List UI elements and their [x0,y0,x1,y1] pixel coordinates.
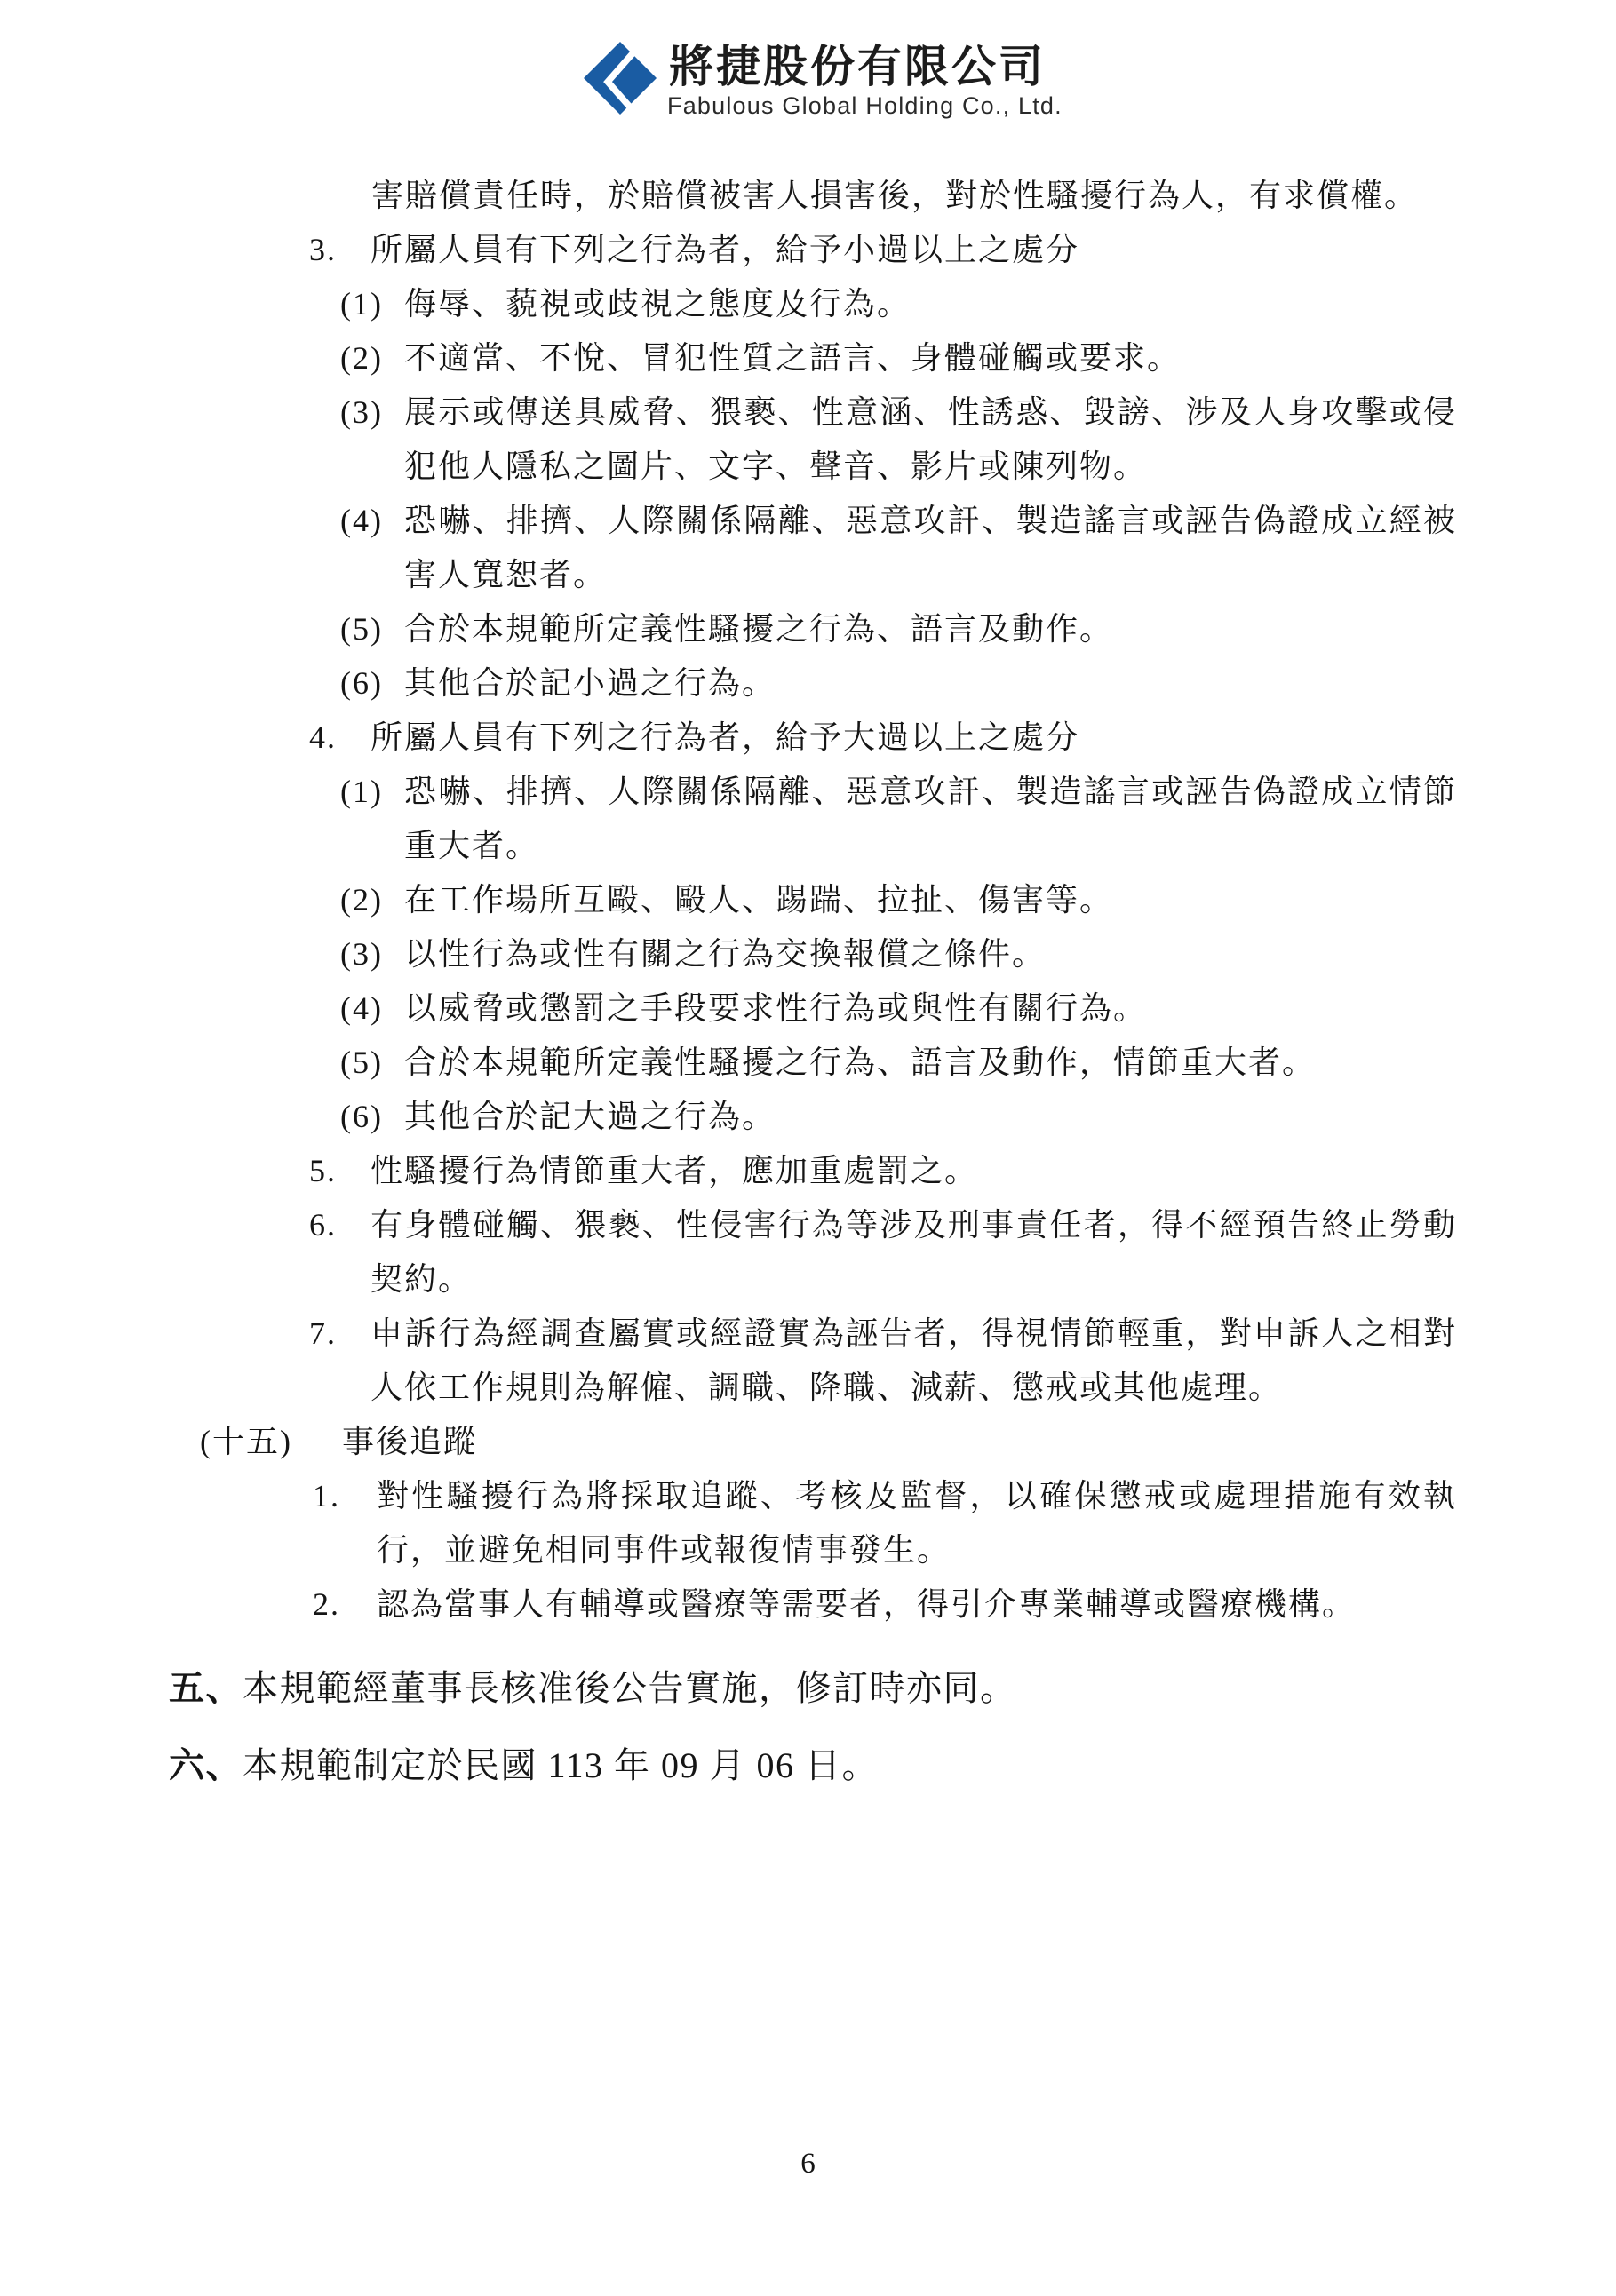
list-text: 性騷擾行為情節重大者，應加重處罰之。 [370,1144,1457,1198]
continuation-line: 害賠償責任時，於賠償被害人損害後，對於性騷擾行為人，有求償權。 [0,169,1457,223]
sub-text: 合於本規範所定義性騷擾之行為、語言及動作。 [404,602,1457,656]
sub-text: 合於本規範所定義性騷擾之行為、語言及動作，情節重大者。 [404,1036,1457,1090]
list-marker: 6. [309,1198,370,1307]
list-item-3: 3. 所屬人員有下列之行為者，給予小過以上之處分 [0,223,1457,277]
sub-text: 在工作場所互毆、毆人、踢踹、拉扯、傷害等。 [404,873,1457,927]
sub-text: 以性行為或性有關之行為交換報償之條件。 [404,927,1457,981]
section-marker: (十五) [200,1415,342,1469]
company-name-zh: 將捷股份有限公司 [669,36,1046,98]
sub-marker: (2) [340,331,404,385]
list-item-1: 1. 對性騷擾行為將採取追蹤、考核及監督，以確保懲戒或處理措施有效執行，並避免相… [0,1469,1457,1577]
list-text: 認為當事人有輔導或醫療等需要者，得引介專業輔導或醫療機構。 [377,1577,1457,1632]
list-item-5: 5. 性騷擾行為情節重大者，應加重處罰之。 [0,1144,1457,1198]
sub-text: 以威脅或懲罰之手段要求性行為或與性有關行為。 [404,981,1457,1036]
diamond-chevron-logo-icon [584,42,657,115]
sub-text: 展示或傳送具威脅、猥褻、性意涵、性誘惑、毀謗、涉及人身攻擊或侵犯他人隱私之圖片、… [404,385,1457,494]
sub-text: 侮辱、藐視或歧視之態度及行為。 [404,277,1457,331]
sub-marker: (2) [340,873,404,927]
sub-list-item: (1) 侮辱、藐視或歧視之態度及行為。 [0,277,1457,331]
list-marker: 2. [313,1577,377,1632]
sub-list-item: (1) 恐嚇、排擠、人際關係隔離、惡意攻訐、製造謠言或誣告偽證成立情節重大者。 [0,765,1457,873]
company-name-en: Fabulous Global Holding Co., Ltd. [667,91,1063,120]
sub-list-item: (6) 其他合於記小過之行為。 [0,656,1457,711]
list-marker: 5. [309,1144,370,1198]
section-title: 事後追蹤 [342,1415,1457,1469]
list-text: 對性騷擾行為將採取追蹤、考核及監督，以確保懲戒或處理措施有效執行，並避免相同事件… [377,1469,1457,1577]
article-text: 本規範制定於民國 113 年 09 月 06 日。 [243,1745,879,1785]
list-text: 有身體碰觸、猥褻、性侵害行為等涉及刑事責任者，得不經預告終止勞動契約。 [370,1198,1457,1307]
sub-marker: (5) [340,1036,404,1090]
list-item-7: 7. 申訴行為經調查屬實或經證實為誣告者，得視情節輕重，對申訴人之相對人依工作規… [0,1307,1457,1415]
sub-list-item: (4) 以威脅或懲罰之手段要求性行為或與性有關行為。 [0,981,1457,1036]
sub-marker: (4) [340,981,404,1036]
sub-list-item: (5) 合於本規範所定義性騷擾之行為、語言及動作，情節重大者。 [0,1036,1457,1090]
list-item-2: 2. 認為當事人有輔導或醫療等需要者，得引介專業輔導或醫療機構。 [0,1577,1457,1632]
list-item-4: 4. 所屬人員有下列之行為者，給予大過以上之處分 [0,711,1457,765]
list-item-6: 6. 有身體碰觸、猥褻、性侵害行為等涉及刑事責任者，得不經預告終止勞動契約。 [0,1198,1457,1307]
list-marker: 3. [309,223,370,277]
list-marker: 7. [309,1307,370,1415]
sub-marker: (3) [340,385,404,494]
list-marker: 1. [313,1469,377,1577]
sub-list-item: (6) 其他合於記大過之行為。 [0,1090,1457,1144]
sub-marker: (1) [340,277,404,331]
article-text: 本規範經董事長核准後公告實施，修訂時亦同。 [243,1668,1017,1708]
sub-list-item: (2) 不適當、不悅、冒犯性質之語言、身體碰觸或要求。 [0,331,1457,385]
sub-marker: (6) [340,1090,404,1144]
sub-text: 恐嚇、排擠、人際關係隔離、惡意攻訐、製造謠言或誣告偽證成立經被害人寬恕者。 [404,494,1457,602]
list-text: 所屬人員有下列之行為者，給予小過以上之處分 [370,223,1457,277]
sub-marker: (1) [340,765,404,873]
sub-text: 其他合於記小過之行為。 [404,656,1457,711]
sub-text: 其他合於記大過之行為。 [404,1090,1457,1144]
sub-marker: (4) [340,494,404,602]
sub-list-item: (5) 合於本規範所定義性騷擾之行為、語言及動作。 [0,602,1457,656]
article-marker: 六、 [169,1745,243,1785]
sub-text: 恐嚇、排擠、人際關係隔離、惡意攻訐、製造謠言或誣告偽證成立情節重大者。 [404,765,1457,873]
list-text: 所屬人員有下列之行為者，給予大過以上之處分 [370,711,1457,765]
sub-list-item: (4) 恐嚇、排擠、人際關係隔離、惡意攻訐、製造謠言或誣告偽證成立經被害人寬恕者… [0,494,1457,602]
document-page: 將捷股份有限公司 Fabulous Global Holding Co., Lt… [0,0,1616,2296]
list-text: 申訴行為經調查屬實或經證實為誣告者，得視情節輕重，對申訴人之相對人依工作規則為解… [370,1307,1457,1415]
article-marker: 五、 [169,1668,243,1708]
section-item-15: (十五) 事後追蹤 [0,1415,1457,1469]
sub-list-item: (2) 在工作場所互毆、毆人、踢踹、拉扯、傷害等。 [0,873,1457,927]
sub-marker: (6) [340,656,404,711]
sub-marker: (3) [340,927,404,981]
sub-list-item: (3) 展示或傳送具威脅、猥褻、性意涵、性誘惑、毀謗、涉及人身攻擊或侵犯他人隱私… [0,385,1457,494]
article-item-6: 六、本規範制定於民國 113 年 09 月 06 日。 [0,1727,1457,1804]
sub-text: 不適當、不悅、冒犯性質之語言、身體碰觸或要求。 [404,331,1457,385]
list-marker: 4. [309,711,370,765]
article-item-5: 五、本規範經董事長核准後公告實施，修訂時亦同。 [0,1649,1457,1727]
document-body: 害賠償責任時，於賠償被害人損害後，對於性騷擾行為人，有求償權。 3. 所屬人員有… [0,169,1457,1804]
sub-marker: (5) [340,602,404,656]
sub-list-item: (3) 以性行為或性有關之行為交換報償之條件。 [0,927,1457,981]
page-number: 6 [0,2148,1616,2181]
